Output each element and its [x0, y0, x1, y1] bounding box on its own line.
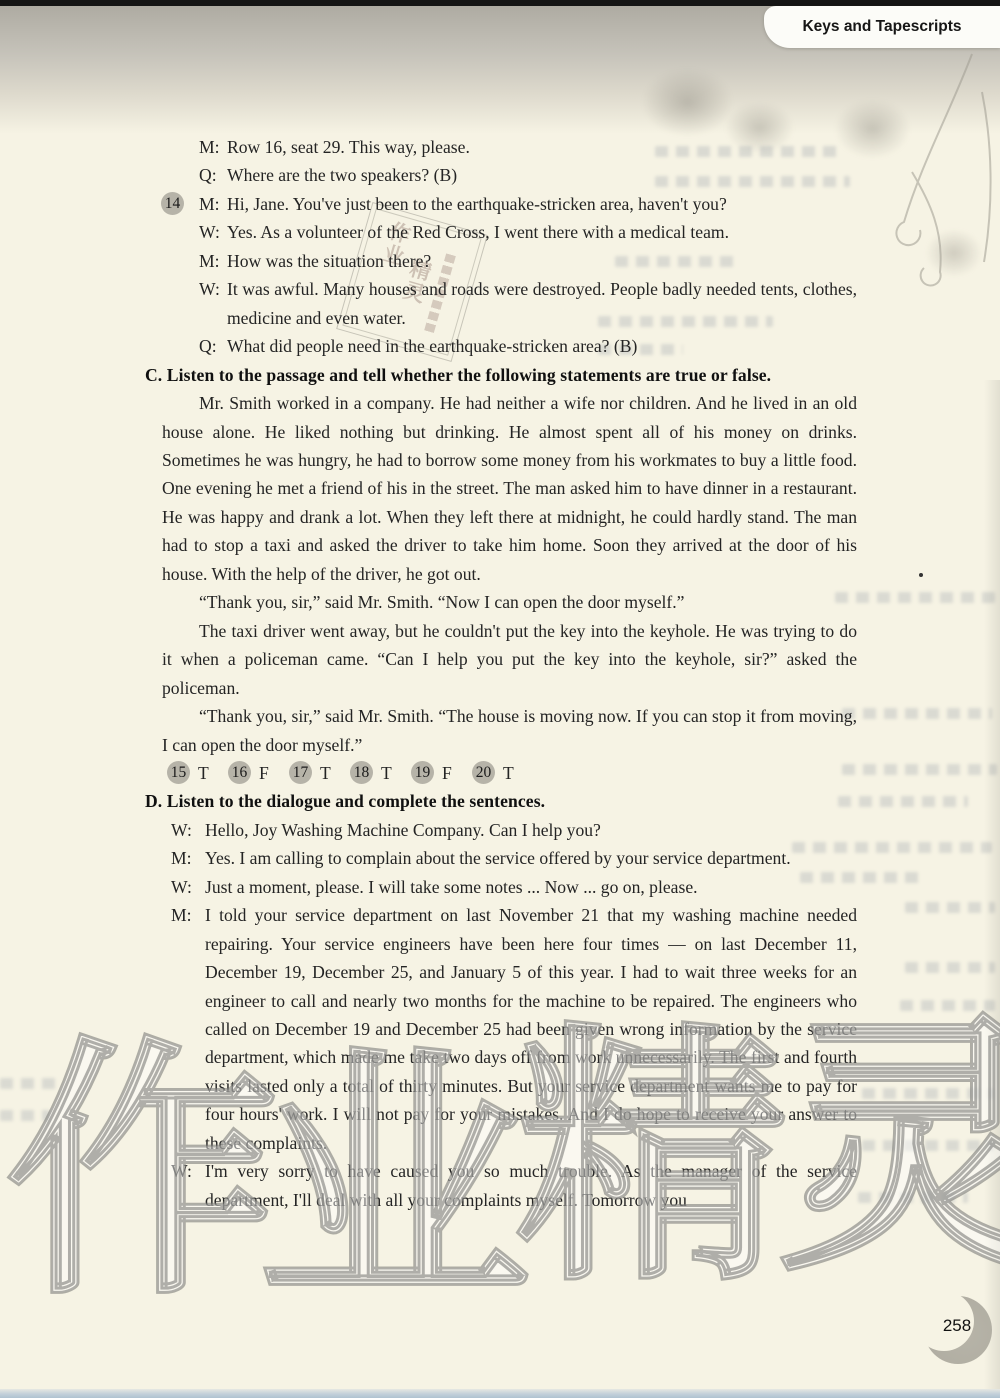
- dialogue-line: 14 M: Hi, Jane. You've just been to the …: [145, 190, 857, 218]
- answer-item: 15 T: [167, 759, 228, 787]
- dialogue-line: M: Yes. I am calling to complain about t…: [145, 844, 857, 872]
- ghost-text-line: [862, 1088, 994, 1099]
- passage-paragraph: The taxi driver went away, but he couldn…: [162, 617, 857, 702]
- page-header-title: Keys and Tapescripts: [802, 18, 961, 36]
- ghost-text-line: [842, 708, 992, 719]
- passage-paragraph: “Thank you, sir,” said Mr. Smith. “Now I…: [162, 588, 857, 616]
- answer-item: 19 F: [411, 759, 472, 787]
- speaker-label: W:: [199, 275, 220, 303]
- dialogue-text: I told your service department on last N…: [205, 905, 857, 1153]
- scanned-book-page: Keys and Tapescripts 作业 精灵 M: Row 16, se…: [0, 0, 1000, 1398]
- dialogue-section-d: W: Hello, Joy Washing Machine Company. C…: [145, 816, 857, 1214]
- speaker-label: M:: [171, 844, 192, 872]
- ink-dot: [919, 573, 923, 577]
- ghost-text-line: [862, 1140, 994, 1151]
- page-number: 258: [937, 1316, 977, 1336]
- bottom-edge-strip: [0, 1389, 1000, 1398]
- ghost-text-line: [858, 1192, 968, 1203]
- section-c-passage: Mr. Smith worked in a company. He had ne…: [145, 389, 857, 759]
- speaker-label: M:: [199, 247, 220, 275]
- answer-number-badge: 19: [411, 761, 434, 784]
- answer-number-badge: 17: [289, 761, 312, 784]
- answer-number-badge: 15: [167, 761, 190, 784]
- ghost-text-line: [838, 796, 968, 807]
- flower-decoration: [915, 220, 993, 286]
- answer-value: F: [442, 763, 452, 783]
- page-header: Keys and Tapescripts: [764, 6, 1000, 48]
- page-content: M: Row 16, seat 29. This way, please. Q:…: [145, 133, 857, 1214]
- answer-value: F: [259, 763, 269, 783]
- speaker-label: W:: [199, 218, 220, 246]
- speaker-label: Q:: [199, 161, 217, 189]
- dialogue-text: It was awful. Many houses and roads were…: [227, 279, 857, 327]
- speaker-label: W:: [171, 1157, 192, 1185]
- dialogue-text: Yes. I am calling to complain about the …: [205, 848, 791, 868]
- answer-number-badge: 16: [228, 761, 251, 784]
- answer-item: 18 T: [350, 759, 411, 787]
- dialogue-text: How was the situation there?: [227, 251, 431, 271]
- section-c-heading: C. Listen to the passage and tell whethe…: [145, 361, 857, 389]
- dialogue-text: I'm very sorry to have caused you so muc…: [205, 1161, 857, 1209]
- ghost-text-line: [905, 902, 995, 913]
- page-edge-shading: [984, 380, 1000, 1390]
- dialogue-line: W: It was awful. Many houses and roads w…: [145, 275, 857, 332]
- dialogue-line: W: I'm very sorry to have caused you so …: [145, 1157, 857, 1214]
- dialogue-line: M: How was the situation there?: [145, 247, 857, 275]
- answer-item: 20 T: [472, 759, 533, 787]
- dialogue-line: M: I told your service department on las…: [145, 901, 857, 1157]
- passage-paragraph: Mr. Smith worked in a company. He had ne…: [162, 389, 857, 588]
- dialogue-line: Q: What did people need in the earthquak…: [145, 332, 857, 360]
- dialogue-text: Where are the two speakers? (B): [227, 165, 457, 185]
- dialogue-line: Q: Where are the two speakers? (B): [145, 161, 857, 189]
- dialogue-text: Row 16, seat 29. This way, please.: [227, 137, 470, 157]
- answer-number-badge: 20: [472, 761, 495, 784]
- speaker-label: M:: [171, 901, 192, 929]
- dialogue-line: W: Just a moment, please. I will take so…: [145, 873, 857, 901]
- section-d-heading: D. Listen to the dialogue and complete t…: [145, 787, 857, 815]
- dialogue-line: W: Hello, Joy Washing Machine Company. C…: [145, 816, 857, 844]
- item-number-badge: 14: [161, 192, 184, 215]
- ghost-text-line: [0, 1078, 58, 1089]
- answer-value: T: [381, 763, 392, 783]
- dialogue-text: Yes. As a volunteer of the Red Cross, I …: [227, 222, 729, 242]
- ghost-text-line: [842, 764, 997, 775]
- dialogue-line: M: Row 16, seat 29. This way, please.: [145, 133, 857, 161]
- dialogue-text: Hello, Joy Washing Machine Company. Can …: [205, 820, 601, 840]
- dialogue-text: Just a moment, please. I will take some …: [205, 877, 698, 897]
- page-number-moon: 258: [924, 1296, 992, 1364]
- ghost-text-line: [0, 1110, 50, 1121]
- ghost-text-line: [835, 592, 995, 603]
- answer-value: T: [198, 763, 209, 783]
- speaker-label: Q:: [199, 332, 217, 360]
- answer-number-badge: 18: [350, 761, 373, 784]
- true-false-answers: 15 T 16 F 17 T 18 T: [145, 759, 857, 787]
- dialogue-text: Hi, Jane. You've just been to the earthq…: [227, 194, 727, 214]
- speaker-label: M:: [199, 190, 220, 218]
- ghost-text-line: [900, 1000, 995, 1011]
- passage-paragraph: “Thank you, sir,” said Mr. Smith. “The h…: [162, 702, 857, 759]
- answer-value: T: [320, 763, 331, 783]
- dialogue-text: What did people need in the earthquake-s…: [227, 336, 637, 356]
- speaker-label: W:: [171, 873, 192, 901]
- dialogue-section-b: M: Row 16, seat 29. This way, please. Q:…: [145, 133, 857, 361]
- answer-item: 16 F: [228, 759, 289, 787]
- speaker-label: W:: [171, 816, 192, 844]
- dialogue-line: W: Yes. As a volunteer of the Red Cross,…: [145, 218, 857, 246]
- answer-item: 17 T: [289, 759, 350, 787]
- ghost-text-line: [905, 962, 995, 973]
- answer-value: T: [503, 763, 514, 783]
- speaker-label: M:: [199, 133, 220, 161]
